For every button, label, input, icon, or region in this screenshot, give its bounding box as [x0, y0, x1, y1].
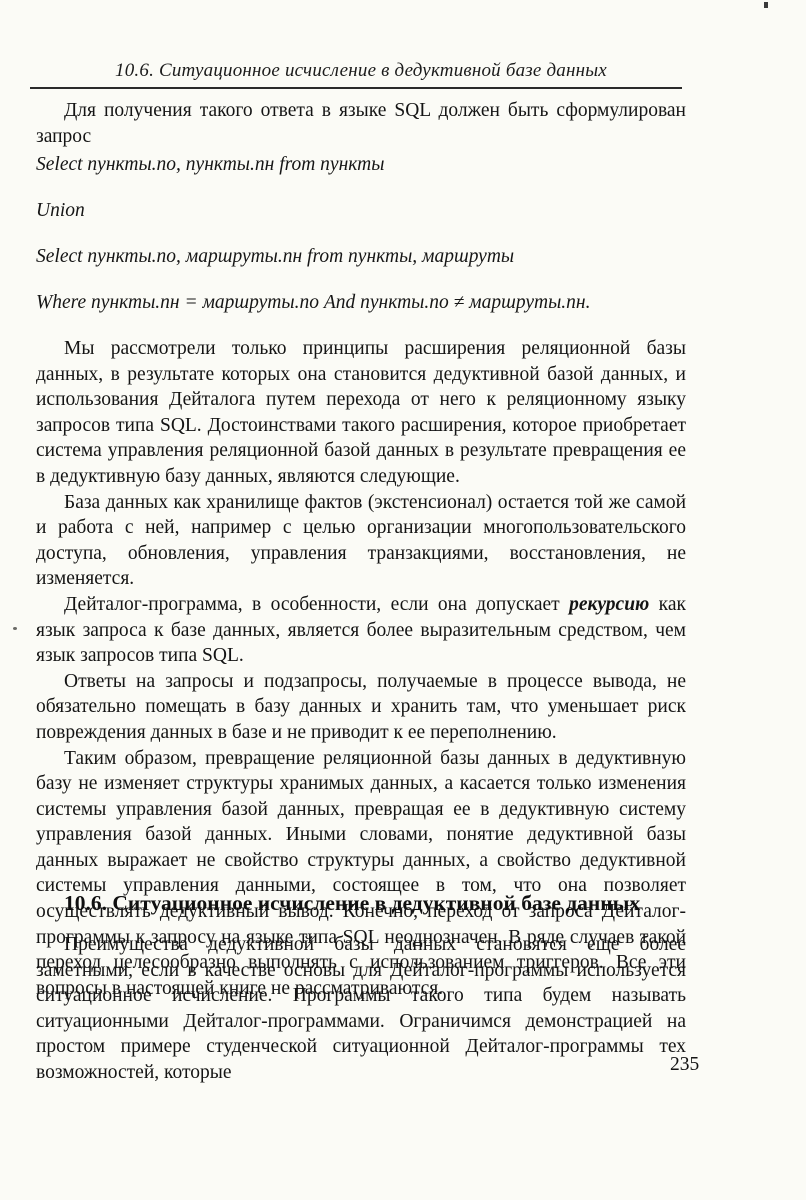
paragraph-facts-storage: База данных как хранилище фактов (экстен… — [36, 490, 686, 592]
sql-query-block: Select пункты.по, пункты.пн from пункты … — [36, 152, 696, 336]
sql-where-line: Where пункты.пн = маршруты.по And пункты… — [36, 290, 696, 316]
sql-union-line: Union — [36, 198, 696, 224]
section-first-paragraph: Преимущества дедуктивной базы данных ста… — [36, 932, 686, 1086]
sql-select-line-2: Select пункты.по, маршруты.пн from пункт… — [36, 244, 696, 270]
running-header: 10.6. Ситуационное исчисление в дедуктив… — [36, 60, 686, 82]
paragraph-query-answers: Ответы на запросы и подзапросы, получаем… — [36, 669, 686, 746]
scan-dot-left-margin — [13, 627, 17, 630]
paragraph-principles: Мы рассмотрели только принципы расширени… — [36, 336, 686, 490]
sql-select-line-1: Select пункты.по, пункты.пн from пункты — [36, 152, 696, 178]
paragraph-recursion-before: Дейталог-программа, в особенности, если … — [64, 594, 569, 615]
running-header-title: 10.6. Ситуационное исчисление в дедуктив… — [115, 60, 607, 81]
book-page: 10.6. Ситуационное исчисление в дедуктив… — [0, 0, 806, 1200]
paragraph-recursion: Дейталог-программа, в особенности, если … — [36, 592, 686, 669]
page-number: 235 — [670, 1054, 699, 1076]
header-rule — [30, 87, 682, 89]
scan-speck-top-right — [764, 2, 768, 8]
intro-paragraph: Для получения такого ответа в языке SQL … — [36, 98, 686, 150]
recursion-emphasis: рекурсию — [569, 594, 649, 615]
section-heading: 10.6. Ситуационное исчисление в дедуктив… — [36, 888, 714, 918]
